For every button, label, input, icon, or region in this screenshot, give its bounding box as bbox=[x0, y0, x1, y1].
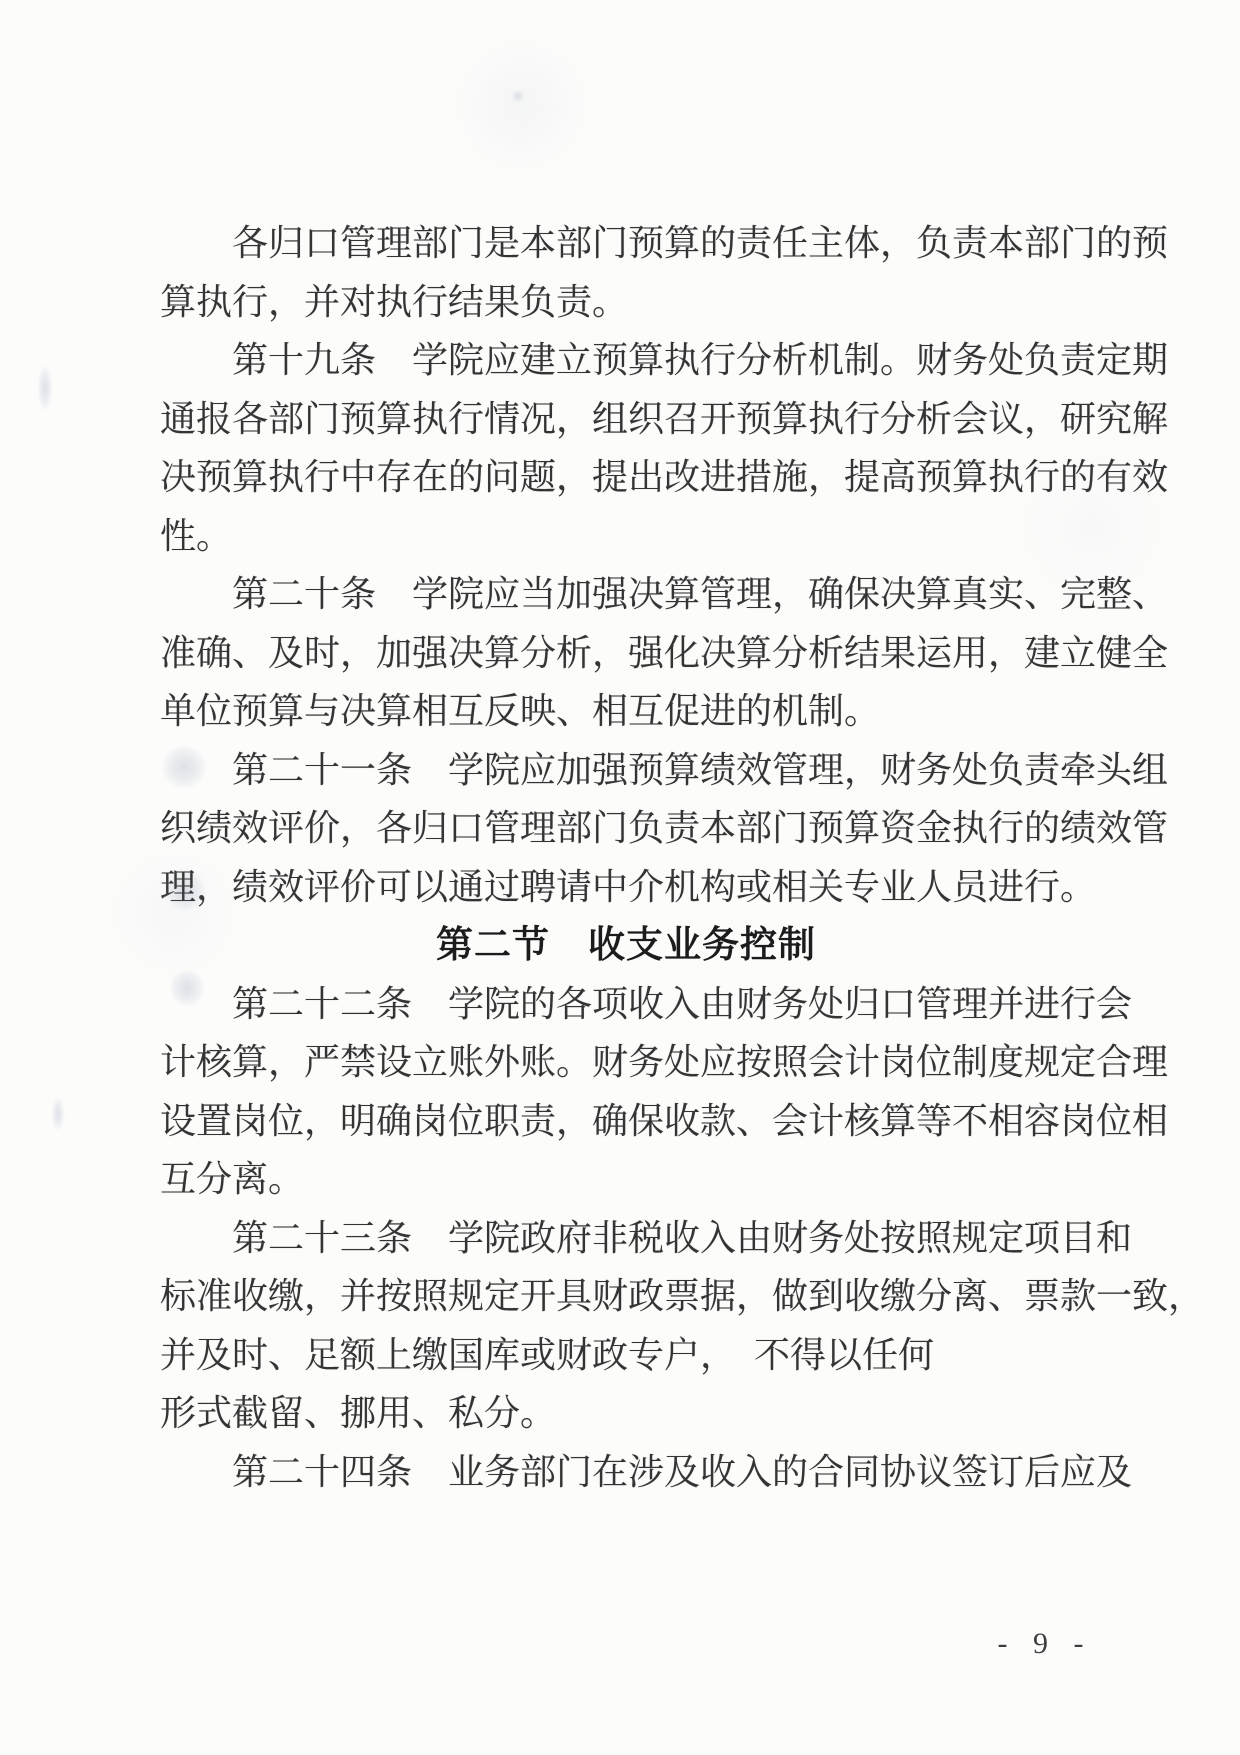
article-19-line: 第十九条 学院应建立预算执行分析机制。财务处负责定期 bbox=[160, 331, 1092, 390]
body-line: 设置岗位，明确岗位职责，确保收款、会计核算等不相容岗位相 bbox=[160, 1092, 1092, 1151]
scan-artifact bbox=[512, 90, 524, 102]
body-line: 通报各部门预算执行情况，组织召开预算执行分析会议，研究解 bbox=[160, 390, 1092, 449]
page-body: 各归口管理部门是本部门预算的责任主体，负责本部门的预 算执行，并对执行结果负责。… bbox=[160, 214, 1092, 1501]
document-page: 各归口管理部门是本部门预算的责任主体，负责本部门的预 算执行，并对执行结果负责。… bbox=[0, 0, 1240, 1755]
body-line: 准确、及时，加强决算分析，强化决算分析结果运用，建立健全 bbox=[160, 624, 1092, 683]
article-22-line: 第二十二条 学院的各项收入由财务处归口管理并进行会 bbox=[160, 975, 1092, 1034]
article-23-line: 第二十三条 学院政府非税收入由财务处按照规定项目和 bbox=[160, 1209, 1092, 1268]
page-number: - 9 - bbox=[990, 1622, 1100, 1666]
body-line: 各归口管理部门是本部门预算的责任主体，负责本部门的预 bbox=[160, 214, 1092, 273]
body-line: 标准收缴，并按照规定开具财政票据，做到收缴分离、票款一致， bbox=[160, 1267, 1092, 1326]
body-line: 互分离。 bbox=[160, 1150, 1092, 1209]
body-line: 决预算执行中存在的问题，提出改进措施，提高预算执行的有效 bbox=[160, 448, 1092, 507]
body-line: 并及时、足额上缴国库或财政专户， 不得以任何 bbox=[160, 1326, 1092, 1385]
article-24-line: 第二十四条 业务部门在涉及收入的合同协议签订后应及 bbox=[160, 1443, 1092, 1502]
body-line: 算执行，并对执行结果负责。 bbox=[160, 273, 1092, 332]
article-21-line: 第二十一条 学院应加强预算绩效管理，财务处负责牵头组 bbox=[160, 741, 1092, 800]
article-20-line: 第二十条 学院应当加强决算管理，确保决算真实、完整、 bbox=[160, 565, 1092, 624]
body-line: 理，绩效评价可以通过聘请中介机构或相关专业人员进行。 bbox=[160, 858, 1092, 917]
section-heading: 第二节 收支业务控制 bbox=[160, 916, 1092, 975]
body-line: 形式截留、挪用、私分。 bbox=[160, 1384, 1092, 1443]
body-line: 织绩效评价，各归口管理部门负责本部门预算资金执行的绩效管 bbox=[160, 799, 1092, 858]
scan-artifact bbox=[38, 366, 52, 410]
body-line: 计核算，严禁设立账外账。财务处应按照会计岗位制度规定合理 bbox=[160, 1033, 1092, 1092]
scan-artifact bbox=[52, 1098, 64, 1130]
body-line: 性。 bbox=[160, 507, 1092, 566]
body-line: 单位预算与决算相互反映、相互促进的机制。 bbox=[160, 682, 1092, 741]
